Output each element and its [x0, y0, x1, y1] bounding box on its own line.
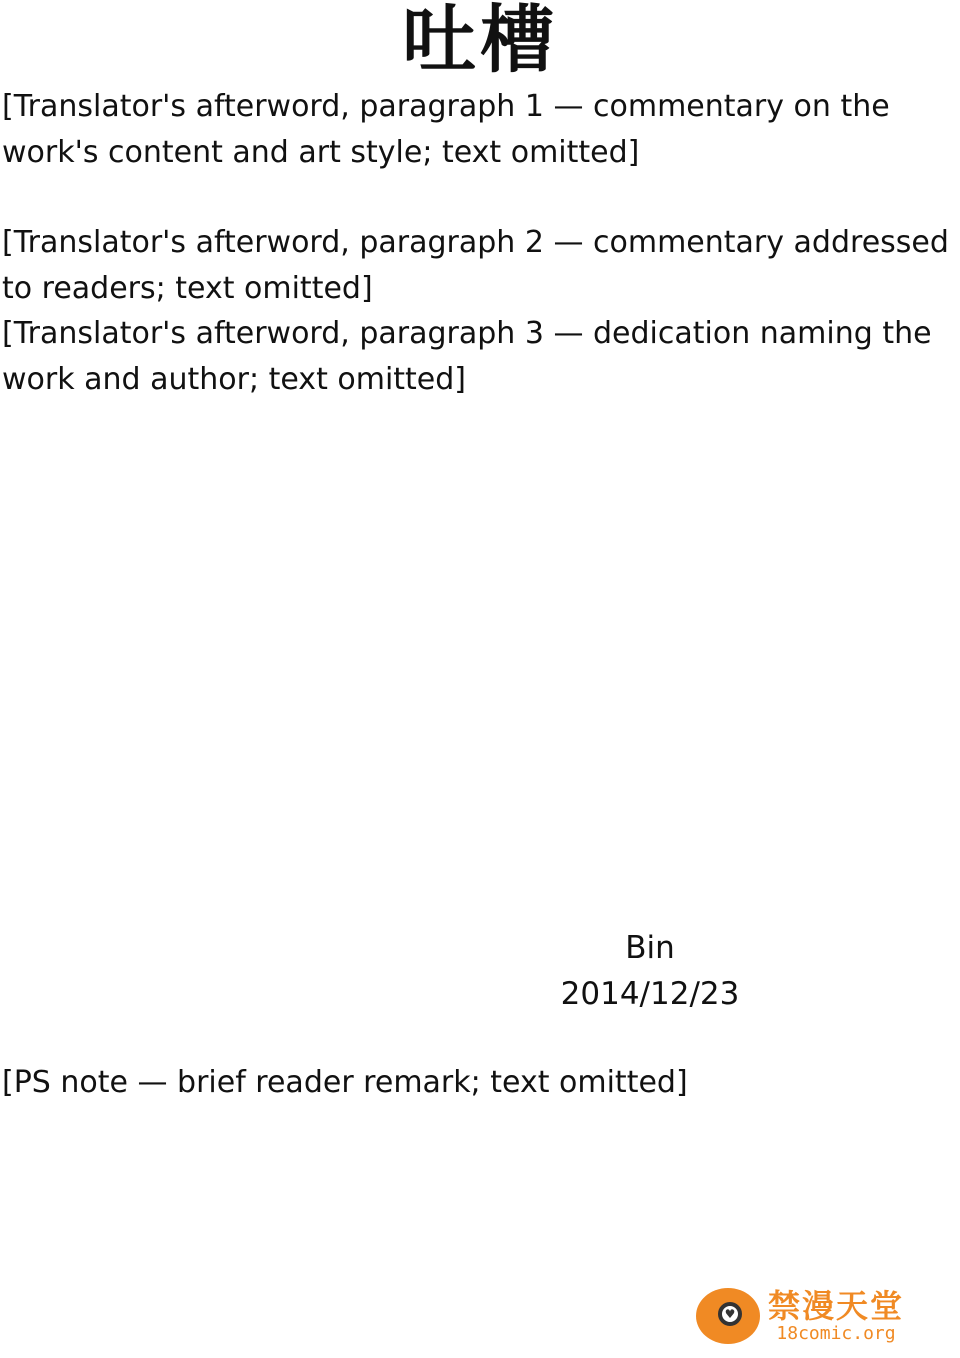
postscript: [PS note — brief reader remark; text omi…: [2, 1060, 958, 1106]
heart-icon: ♥: [718, 1302, 742, 1326]
paragraph-gap: [2, 175, 958, 220]
signature-date: 2014/12/23: [540, 972, 760, 1017]
afterword-paragraph: [Translator's afterword, paragraph 3 — d…: [2, 311, 958, 402]
page-title: 吐槽: [0, 0, 960, 80]
afterword-body: [Translator's afterword, paragraph 1 — c…: [2, 84, 958, 402]
watermark-text: 禁漫天堂 18comic.org: [768, 1288, 904, 1344]
whale-mascot-icon: ♥: [696, 1288, 760, 1344]
signature-name: Bin: [540, 926, 760, 971]
watermark-name: 禁漫天堂: [768, 1288, 904, 1324]
afterword-paragraph: [Translator's afterword, paragraph 2 — c…: [2, 220, 958, 311]
watermark-logo: ♥ 禁漫天堂 18comic.org: [696, 1280, 956, 1352]
afterword-paragraph: [Translator's afterword, paragraph 1 — c…: [2, 84, 958, 175]
watermark-url: 18comic.org: [768, 1324, 904, 1344]
